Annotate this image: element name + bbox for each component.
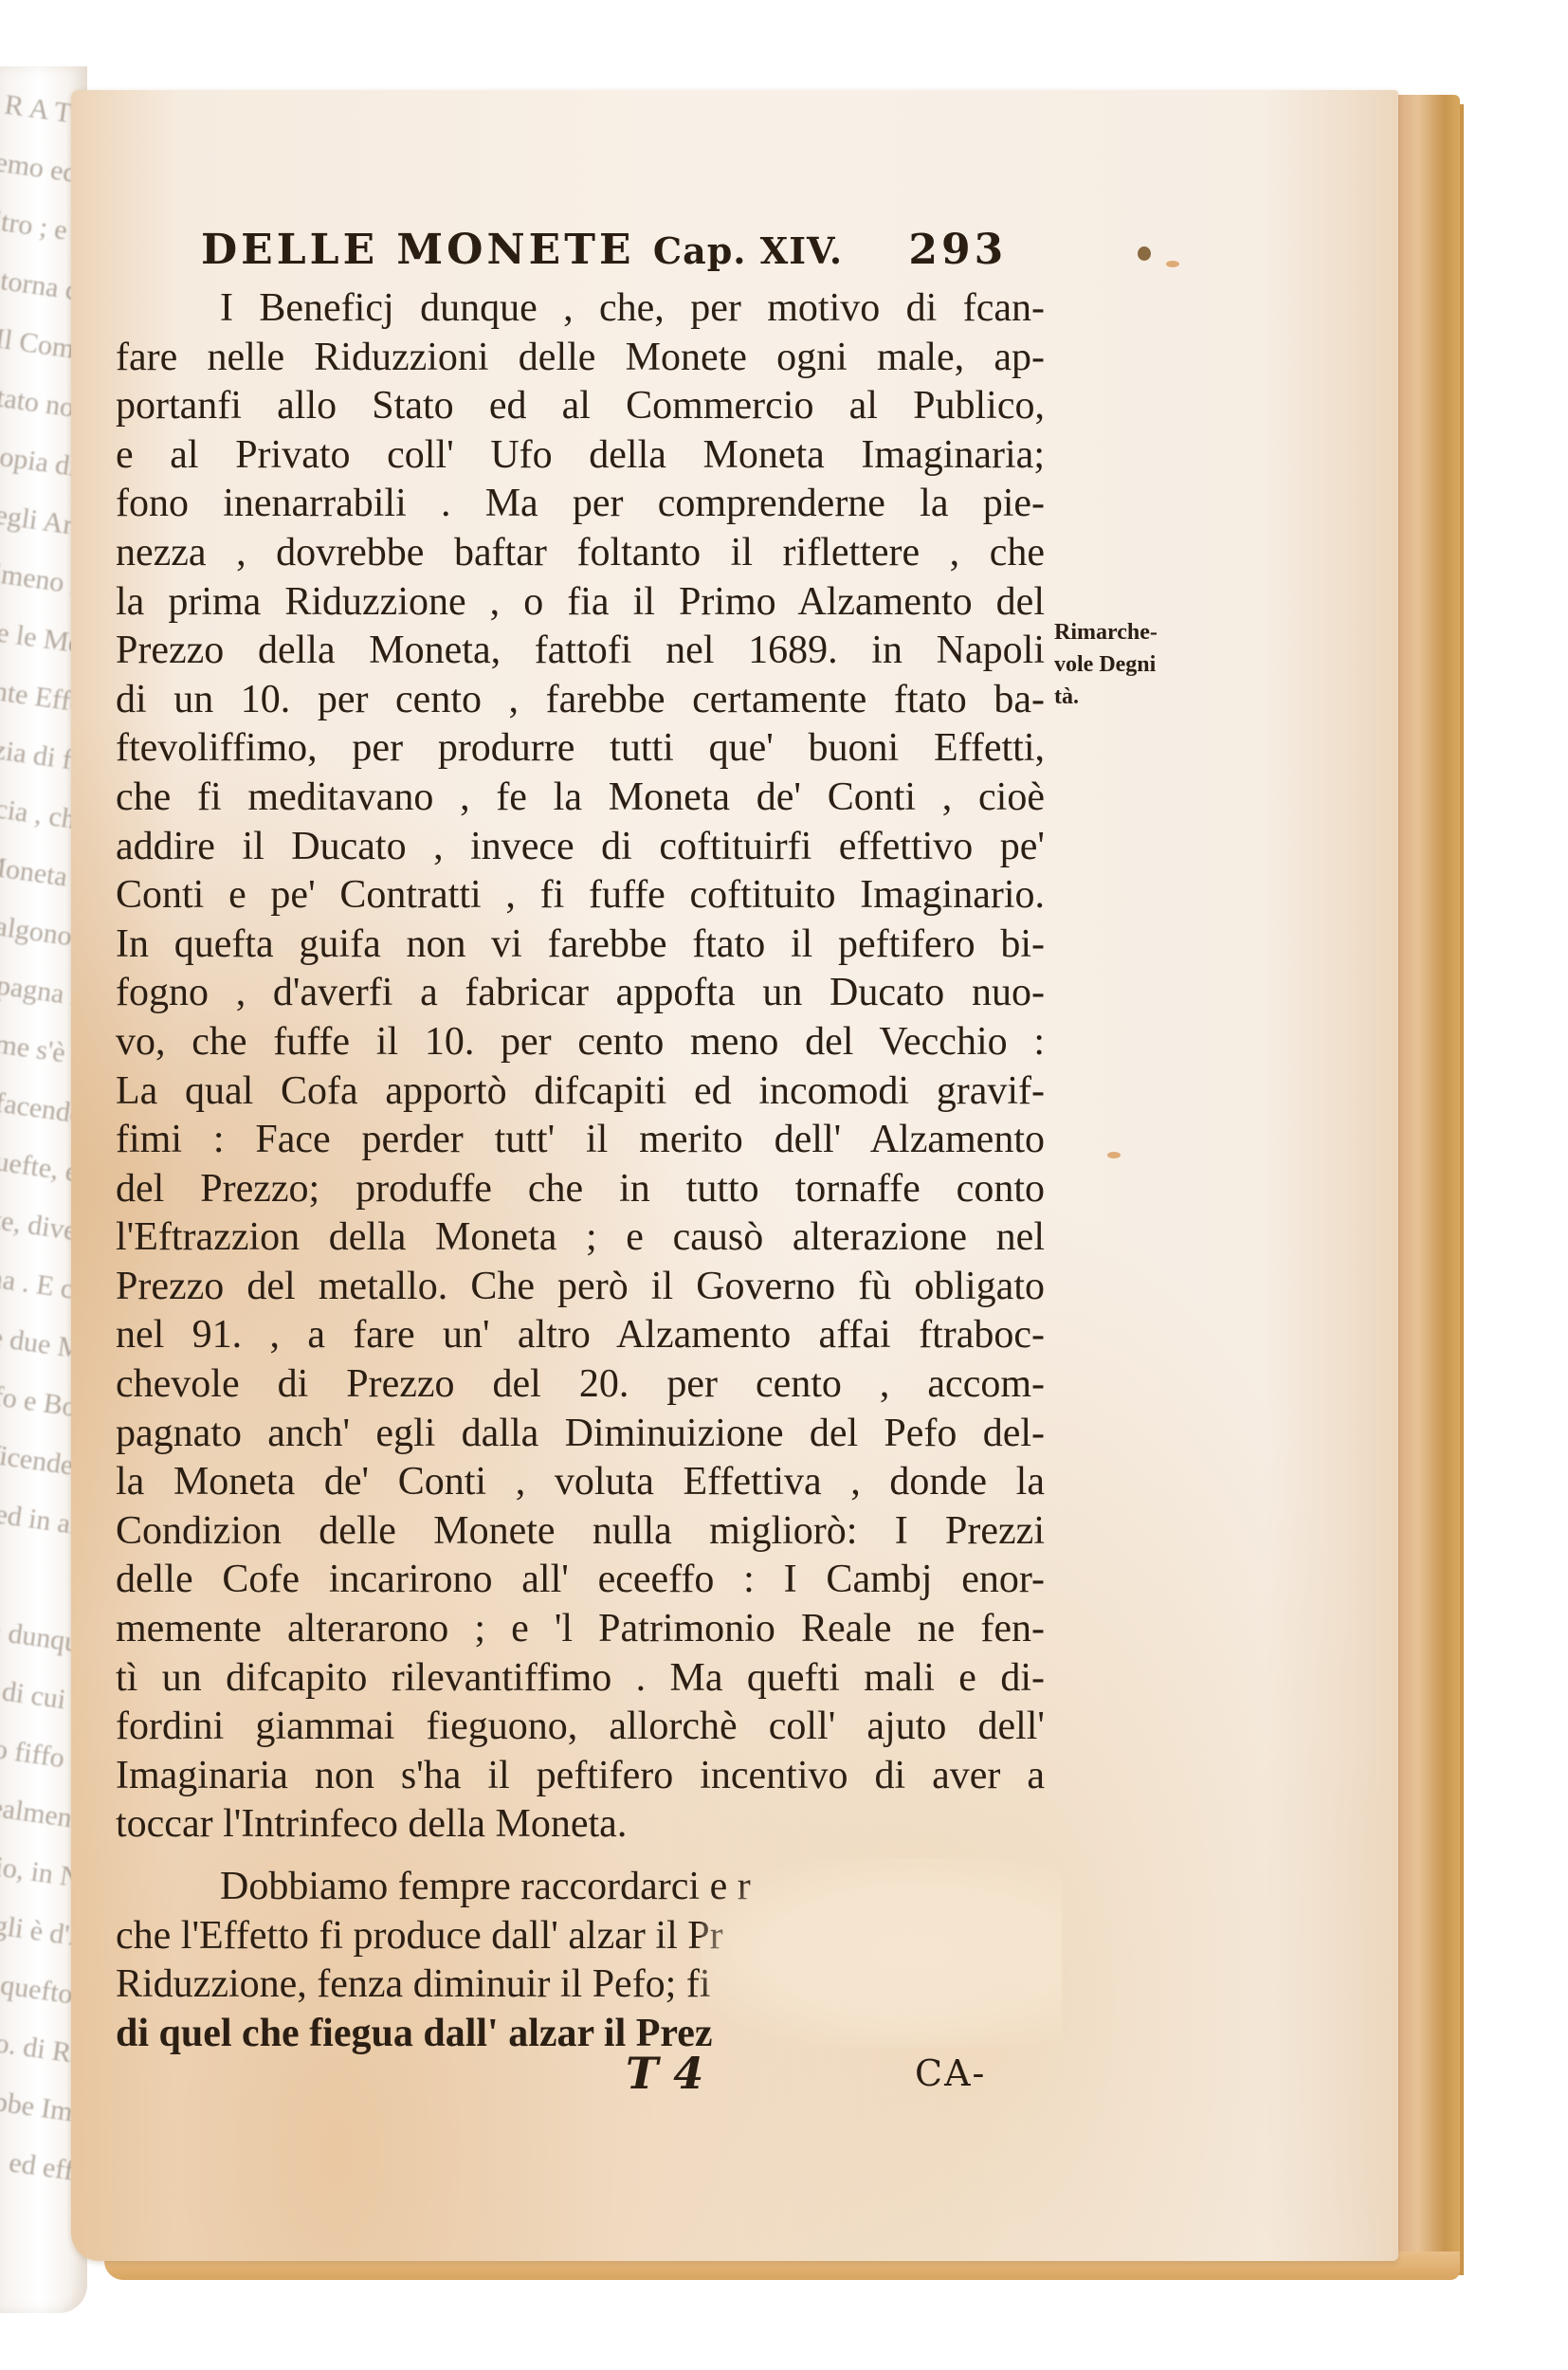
running-head-title: DELLE MONETE — [201, 226, 635, 274]
foxing-spot — [1166, 261, 1179, 267]
paragraph-1-line: e al Privato coll' Ufo della Moneta Imag… — [116, 431, 1045, 481]
foxing-spot — [1107, 1152, 1121, 1158]
catchword: CA- — [915, 2052, 986, 2094]
paragraph-1-line: vo, che fuffe il 10. per cento meno del … — [116, 1018, 1045, 1067]
paragraph-1-line: In quefta guifa non vi farebbe ftato il … — [116, 921, 1045, 970]
paragraph-1-line: fogno , d'averfi a fabricar appofta un D… — [116, 969, 1045, 1018]
paragraph-1-line: Condizion delle Monete nulla migliorò: I… — [116, 1507, 1045, 1557]
paragraph-1-line: Conti e pe' Contratti , fi fuffe coftitu… — [116, 871, 1045, 921]
paragraph-1-line: delle Cofe incarirono all' eceeffo : I C… — [116, 1556, 1045, 1605]
paragraph-1-line: portanfi allo Stato ed al Commercio al P… — [116, 382, 1045, 431]
page-number: 293 — [908, 226, 1007, 274]
wormhole-mark — [1138, 246, 1151, 261]
running-head-chapter: Cap. XIV. — [653, 229, 843, 272]
paragraph-1-line: Prezzo del metallo. Che però il Governo … — [116, 1263, 1045, 1312]
paragraph-1-line: toccar l'Intrinfeco della Moneta. — [116, 1800, 1045, 1850]
running-head: DELLE MONETE Cap. XIV. 293 — [201, 226, 1007, 274]
margin-note-line: vole Degni — [1054, 648, 1158, 681]
paragraph-1-line: che fi meditavano , fe la Moneta de' Con… — [116, 774, 1045, 823]
paragraph-1-line: nel 91. , a fare un' altro Alzamento aff… — [116, 1311, 1045, 1360]
paragraph-1-line: fimi : Face perder tutt' il merito dell'… — [116, 1116, 1045, 1165]
left-page-text-line: T R A T — [0, 85, 74, 130]
signature-mark: T 4 — [626, 2048, 703, 2099]
margin-note-line: tà. — [1054, 681, 1158, 713]
paragraph-1-line: I Beneficj dunque , che, per motivo di f… — [116, 284, 1045, 334]
paragraph-1-line: Prezzo della Moneta, fattofi nel 1689. i… — [116, 627, 1045, 676]
paragraph-1-line: l'Eftrazzion della Moneta ; e causò alte… — [116, 1213, 1045, 1263]
paragraph-1-line: La qual Cofa apportò difcapiti ed incomo… — [116, 1067, 1045, 1117]
paragraph-1-line: ftevoliffimo, per produrre tutti que' bu… — [116, 724, 1045, 774]
paragraph-1-line: tì un difcapito rilevantiffimo . Ma quef… — [116, 1654, 1045, 1704]
paragraph-1-line: memente alterarono ; e 'l Patrimonio Rea… — [116, 1605, 1045, 1654]
paragraph-1-line: addire il Ducato , invece di coftituirfi… — [116, 823, 1045, 872]
margin-note: Rimarche- vole Degni tà. — [1054, 616, 1158, 713]
paragraph-1-line: pagnato anch' egli dalla Diminuizione de… — [116, 1410, 1045, 1459]
paragraph-1-line: del Prezzo; produffe che in tutto tornaf… — [116, 1165, 1045, 1214]
paragraph-1-line: di un 10. per cento , farebbe certamente… — [116, 676, 1045, 725]
paragraph-1-line: fordini giammai fieguono, allorchè coll'… — [116, 1703, 1045, 1752]
body-text: I Beneficj dunque , che, per motivo di f… — [116, 284, 1045, 2058]
paragraph-1-line: la prima Riduzzione , o fia il Primo Alz… — [116, 578, 1045, 628]
paragraph-1-line: Imaginaria non s'ha il peftifero incenti… — [116, 1752, 1045, 1801]
water-stain — [702, 1858, 1062, 2048]
paragraph-1-line: nezza , dovrebbe baftar foltanto il rifl… — [116, 529, 1045, 578]
paragraph-1-line: fono inenarrabili . Ma per comprenderne … — [116, 480, 1045, 529]
margin-note-line: Rimarche- — [1054, 616, 1158, 648]
paragraph-1-line: fare nelle Riduzzioni delle Monete ogni … — [116, 334, 1045, 383]
paragraph-1-line: la Moneta de' Conti , voluta Effettiva ,… — [116, 1458, 1045, 1507]
paragraph-1-line: chevole di Prezzo del 20. per cento , ac… — [116, 1360, 1045, 1410]
